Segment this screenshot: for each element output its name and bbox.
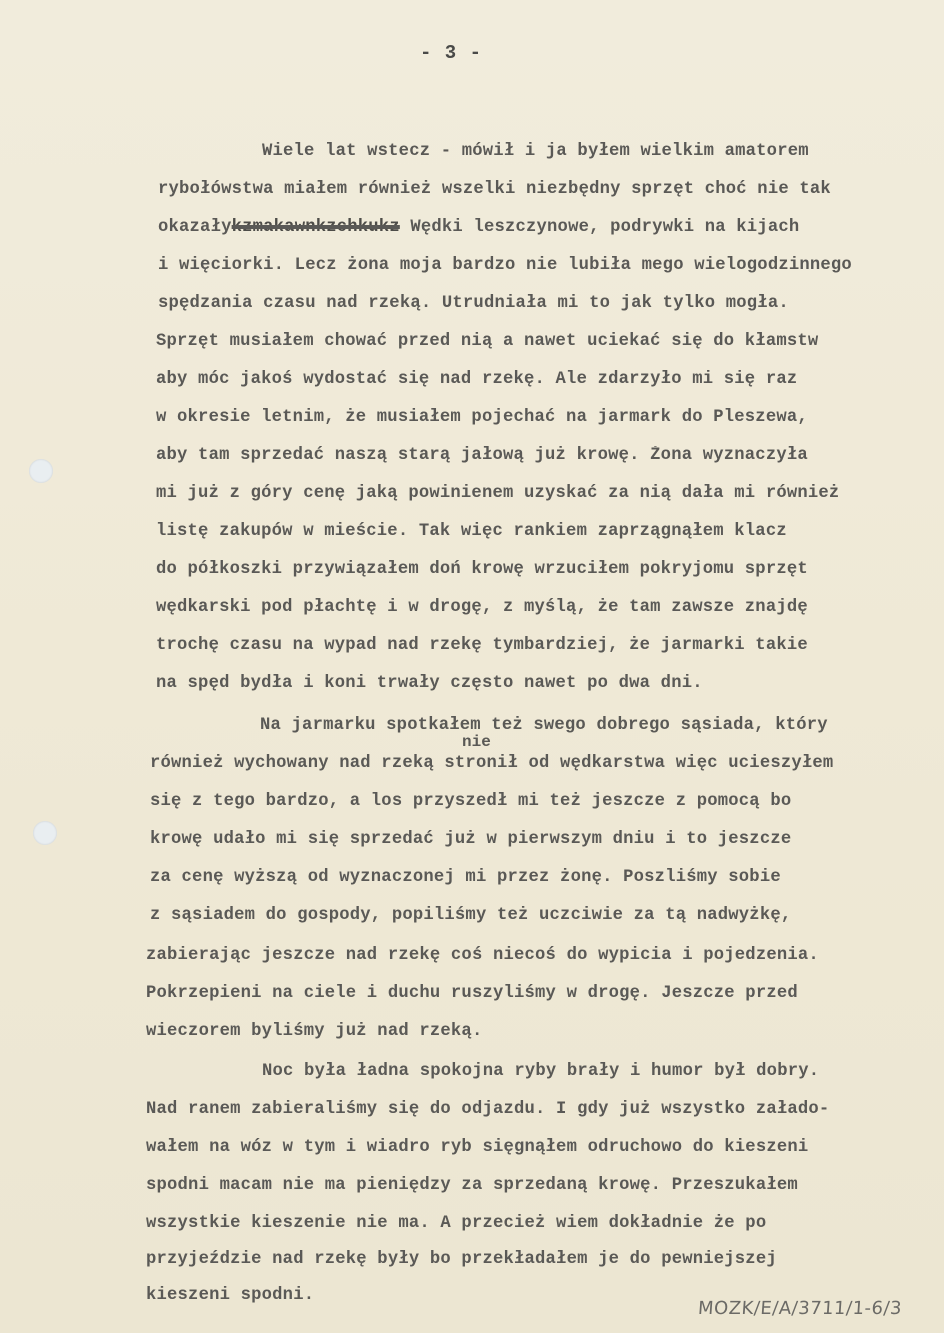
text-line: na spęd bydła i koni trwały często nawet…	[156, 674, 703, 693]
text-line: spodni macam nie ma pieniędzy za sprzeda…	[146, 1176, 798, 1195]
document-page: - 3 - Wiele lat wstecz - mówił i ja byłe…	[0, 0, 944, 1333]
text-line: rybołówstwa miałem również wszelki niezb…	[158, 180, 831, 199]
text-line: listę zakupów w mieście. Tak więc rankie…	[156, 522, 787, 541]
text-line: do półkoszki przywiązałem doń krowę wrzu…	[156, 560, 808, 579]
text-line: wałem na wóz w tym i wiadro ryb sięgnąłe…	[146, 1138, 808, 1157]
archive-reference: MOZK/E/A/3711/1-6/3	[697, 1298, 902, 1319]
text-line: trochę czasu na wypad nad rzekę tymbardz…	[156, 636, 808, 655]
text-line: aby móc jakoś wydostać się nad rzekę. Al…	[156, 370, 797, 389]
text-line: za cenę wyższą od wyznaczonej mi przez ż…	[150, 868, 781, 887]
punch-hole-bottom	[33, 821, 57, 845]
text-line-with-strikeout: okazałykzmakawnkzchkukz Wędki leszczynow…	[158, 218, 799, 237]
interlinear-insert: nie	[462, 733, 491, 751]
text-line: również wychowany nad rzeką stronił od w…	[150, 754, 833, 773]
text-line: Wiele lat wstecz - mówił i ja byłem wiel…	[262, 142, 809, 161]
text-line: kieszeni spodni.	[146, 1286, 314, 1305]
struck-out-text: kzmakawnkzchkukz	[232, 218, 400, 237]
page-number: - 3 -	[420, 42, 482, 64]
text-line: przyjeździe nad rzekę były bo przekładał…	[146, 1250, 777, 1269]
text-line: w okresie letnim, że musiałem pojechać n…	[156, 408, 808, 427]
text-line: mi już z góry cenę jaką powinienem uzysk…	[156, 484, 839, 503]
punch-hole-top	[29, 459, 53, 483]
text-line: i więciorki. Lecz żona moja bardzo nie l…	[158, 256, 852, 275]
text-fragment: Wędki leszczynowe, podrywki na kijach	[400, 218, 800, 237]
text-line: wędkarski pod płachtę i w drogę, z myślą…	[156, 598, 808, 617]
text-line: Noc była ładna spokojna ryby brały i hum…	[262, 1062, 819, 1081]
text-line: Na jarmarku spotkałem też swego dobrego …	[260, 716, 828, 735]
text-line: się z tego bardzo, a los przyszedł mi te…	[150, 792, 791, 811]
text-line: krowę udało mi się sprzedać już w pierws…	[150, 830, 791, 849]
text-fragment: okazały	[158, 218, 232, 237]
text-line: z sąsiadem do gospody, popiliśmy też ucz…	[150, 906, 791, 925]
text-line: aby tam sprzedać naszą starą jałową już …	[156, 446, 808, 465]
text-line: wszystkie kieszenie nie ma. A przecież w…	[146, 1214, 766, 1233]
text-line: spędzania czasu nad rzeką. Utrudniała mi…	[158, 294, 789, 313]
text-line: zabierając jeszcze nad rzekę coś niecoś …	[146, 946, 819, 965]
text-line: Sprzęt musiałem chować przed nią a nawet…	[156, 332, 818, 351]
text-line: wieczorem byliśmy już nad rzeką.	[146, 1022, 482, 1041]
text-line: Nad ranem zabieraliśmy się do odjazdu. I…	[146, 1100, 829, 1119]
text-line: Pokrzepieni na ciele i duchu ruszyliśmy …	[146, 984, 798, 1003]
